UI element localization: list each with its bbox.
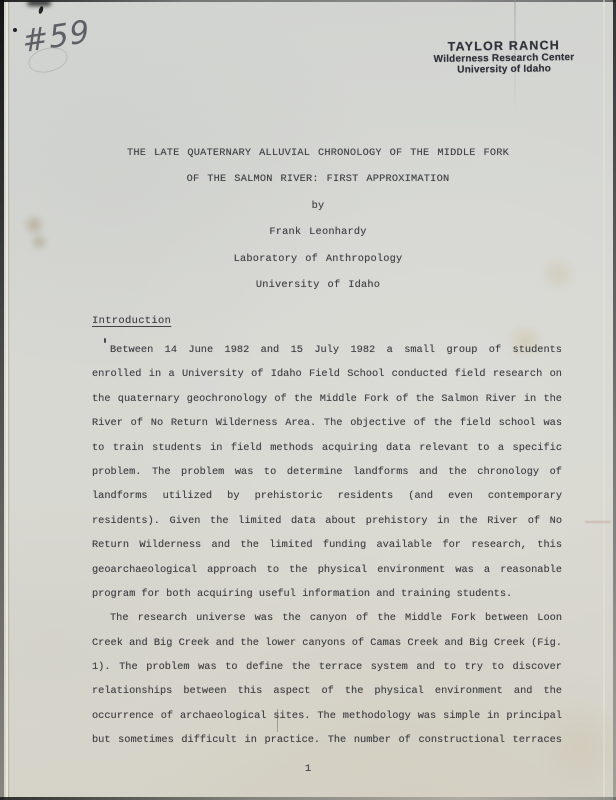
paper-scratch [585, 521, 611, 523]
body-text: Between 14 June 1982 and 15 July 1982 a … [92, 338, 562, 753]
text-line: River of No Return Wilderness Area. The … [92, 411, 562, 435]
document-title-line-1: THE LATE QUATERNARY ALLUVIAL CHRONOLOGY … [83, 140, 553, 166]
paper-edge-crease-left [6, 0, 8, 800]
scan-edge-top [0, 0, 616, 2]
paragraph-1: Between 14 June 1982 and 15 July 1982 a … [92, 338, 562, 606]
text-line: residents). Given the limited data about… [92, 509, 562, 533]
ink-speck [38, 6, 44, 15]
text-line: the quaternary geochronology of the Midd… [92, 387, 562, 411]
text-line: enrolled in a University of Idaho Field … [92, 362, 562, 386]
text-line: Between 14 June 1982 and 15 July 1982 a … [92, 338, 562, 362]
paper-stain [30, 232, 48, 252]
text-line: but sometimes difficult in practice. The… [92, 728, 562, 752]
stamp-line-3: University of Idaho [424, 63, 584, 76]
text-line: The research universe was the canyon of … [92, 606, 562, 630]
document-title-line-2: OF THE SALMON RIVER: FIRST APPROXIMATION [83, 166, 553, 192]
author-affiliation-2: University of Idaho [83, 272, 553, 298]
text-line: occurrence of archaeological sites. The … [92, 704, 562, 728]
text-line: relationships between this aspect of the… [92, 679, 562, 703]
paper-stain [22, 214, 46, 236]
title-block: THE LATE QUATERNARY ALLUVIAL CHRONOLOGY … [83, 140, 553, 298]
text-line: to train students in field methods acqui… [92, 436, 562, 460]
scanned-document-page: #59 TAYLOR RANCH Wilderness Research Cen… [0, 0, 616, 800]
author-name: Frank Leonhardy [83, 219, 553, 245]
text-line: 1). The problem was to define the terrac… [92, 655, 562, 679]
ink-speck [13, 28, 17, 32]
text-line: program for both acquiring useful inform… [92, 582, 562, 606]
text-line: problem. The problem was to determine la… [92, 460, 562, 484]
text-line: geoarchaeological approach to the physic… [92, 558, 562, 582]
ink-smudge [27, 0, 51, 6]
page-number: 1 [0, 763, 616, 775]
text-line: landforms utilized by prehistoric reside… [92, 484, 562, 508]
text-line: Return Wilderness and the limited fundin… [92, 533, 562, 557]
byline: by [83, 193, 553, 219]
author-affiliation-1: Laboratory of Anthropology [83, 246, 553, 272]
section-heading: Introduction [92, 315, 171, 327]
ownership-stamp: TAYLOR RANCH Wilderness Research Center … [424, 39, 584, 76]
paragraph-2: The research universe was the canyon of … [92, 606, 562, 752]
paper-edge-crease-right [603, 0, 605, 800]
text-line: Creek and Big Creek and the lower canyon… [92, 631, 562, 655]
scan-edge-left [0, 0, 4, 800]
